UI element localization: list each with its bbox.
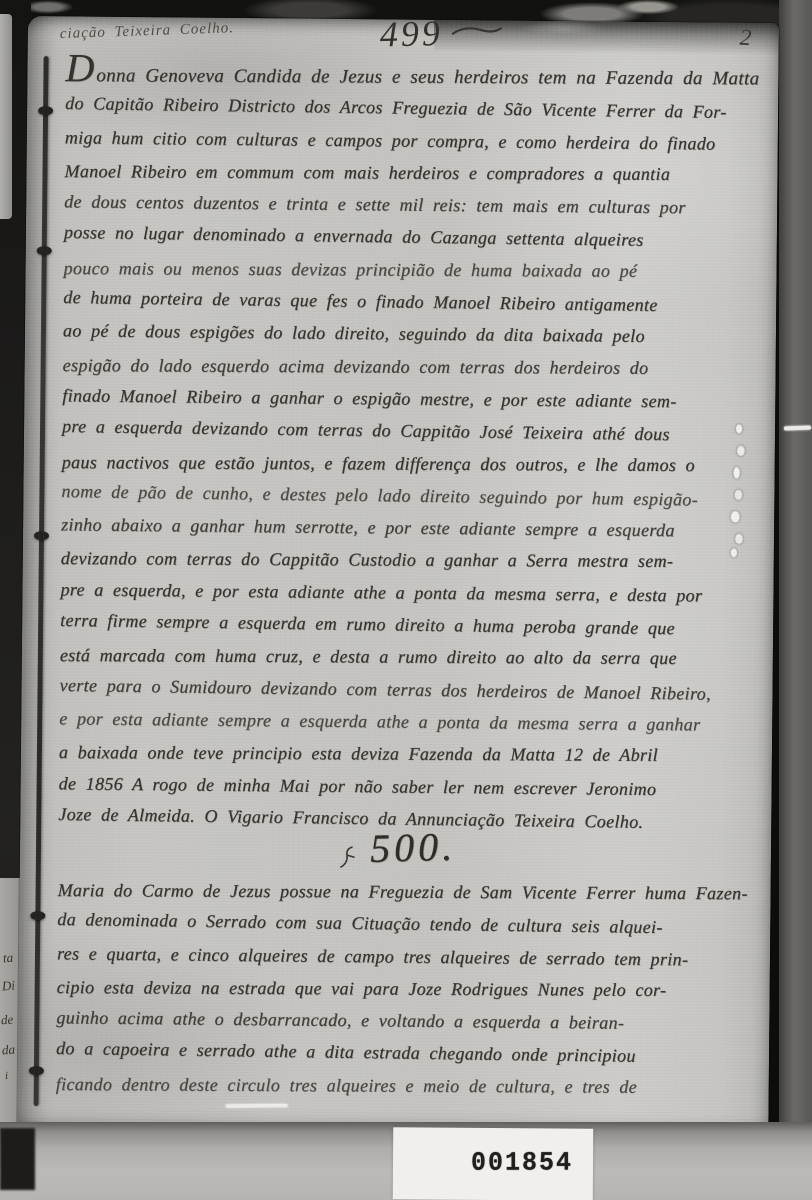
entry-number-text: 499 <box>379 13 443 55</box>
bleed-text-fragment: Di <box>1 978 15 995</box>
folio-number: 2 <box>739 25 752 52</box>
binding-knot <box>37 246 52 255</box>
bleed-text-fragment: i <box>5 1070 9 1082</box>
manuscript-line: ficando dentro deste circulo tres alquei… <box>56 1068 764 1104</box>
binding-knot <box>38 106 53 115</box>
manuscript-line: Manoel Ribeiro em commum com mais herdei… <box>64 155 772 191</box>
binding-thread <box>34 56 49 1106</box>
entry-500-heading: 500. <box>338 823 456 872</box>
manuscript-line: e por esta adiante sempre a esquerda ath… <box>59 702 767 741</box>
bottom-shadow-patch <box>0 1128 35 1190</box>
entry-500-paragraph: Maria do Carmo de Jezus possue na Fregue… <box>56 872 766 1105</box>
manuscript-line: devizando com terras do Cappitão Custodi… <box>61 543 769 579</box>
archive-stamp-number: 001854 <box>471 1147 593 1178</box>
carryover-signature-text: ciação Teixeira Coelho. <box>60 20 235 43</box>
binding-knot <box>30 911 45 920</box>
flourish-mark-icon <box>338 845 358 871</box>
bleed-text-fragment: de <box>0 1012 13 1029</box>
bleed-text-fragment: ta <box>2 950 13 967</box>
scan-scratch-mark <box>226 1104 288 1107</box>
binding-knot <box>29 1066 44 1075</box>
archive-stamp-strip: 001854 <box>393 1127 593 1200</box>
manuscript-line: espigão do lado esquerdo acima devizando… <box>63 349 771 385</box>
scanned-manuscript-photo: ta Di de da i ciação Teixeira Coelho. 49… <box>0 0 812 1200</box>
binding-knot <box>34 531 49 540</box>
adjacent-page-edge-top <box>0 14 12 219</box>
manuscript-page: ciação Teixeira Coelho. 499 2 Donna Geno… <box>17 16 779 1135</box>
pen-swash-icon <box>451 21 503 38</box>
entry-number-500: 500. <box>369 823 456 872</box>
bleed-text-fragment: da <box>1 1042 15 1059</box>
manuscript-line: cipio esta deviza na estrada que vai par… <box>57 971 765 1007</box>
entry-number-499: 499 <box>379 10 503 55</box>
manuscript-line: a baixada onde teve principio esta deviz… <box>59 736 767 772</box>
entry-499-paragraph: Donna Genoveva Candida de Jezus e seus h… <box>58 56 773 838</box>
photo-background-right <box>779 0 812 1142</box>
